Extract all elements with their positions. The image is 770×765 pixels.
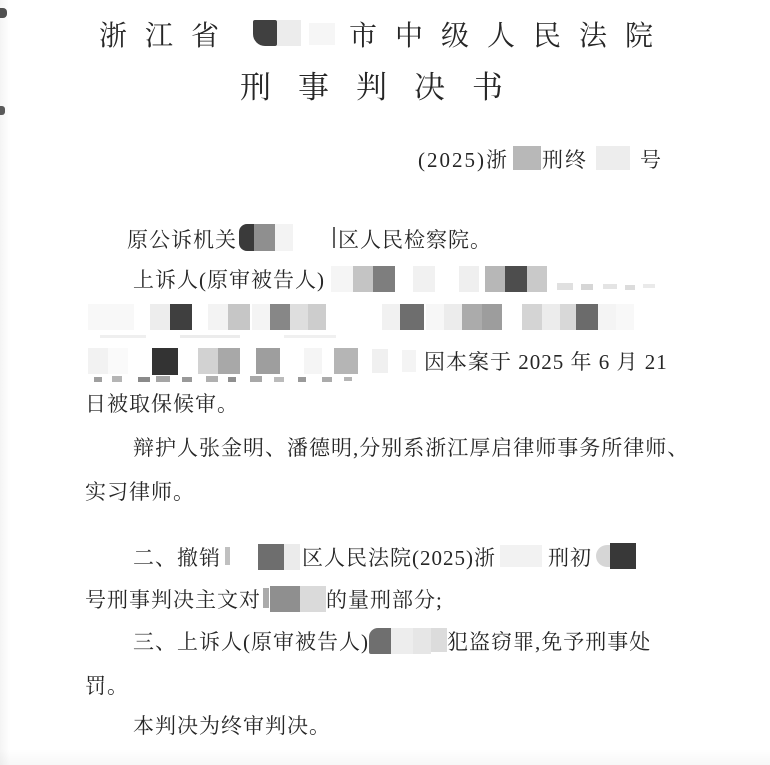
char-remnant — [263, 588, 269, 608]
redaction-name — [353, 266, 373, 292]
redaction-name-light — [300, 586, 326, 612]
case-number-line: (2025)浙刑终号 — [418, 144, 663, 174]
blur-remnant — [274, 377, 284, 382]
redaction — [108, 348, 128, 374]
blur-remnant — [250, 376, 262, 382]
redaction — [334, 348, 358, 374]
bracket-remnant — [333, 227, 335, 248]
item3-label: 三、上诉人(原审被告人) — [133, 626, 369, 656]
redaction — [382, 304, 400, 330]
redaction — [598, 304, 616, 330]
defender-text: 辩护人张金明、潘德明,分别系浙江厚启律师事务所律师、 — [133, 432, 689, 462]
redaction — [462, 304, 482, 330]
blur-remnant — [557, 283, 573, 290]
redaction-city-faint — [309, 23, 335, 45]
court-name-prefix: 浙江省 — [99, 14, 237, 54]
redaction — [170, 304, 192, 330]
redaction-name — [413, 266, 435, 292]
redaction-district-dark — [239, 224, 254, 251]
redaction-name-dark — [369, 628, 391, 654]
blur-remnant — [603, 284, 617, 289]
edge-speck-mid — [0, 106, 5, 115]
court-name-suffix: 市中级人民法院 — [349, 14, 671, 54]
redaction-district — [258, 544, 284, 570]
redaction-caseno-pill — [596, 545, 610, 567]
final-judgment-text: 本判决为终审判决。 — [133, 710, 331, 740]
redacted-line-2-remnant — [94, 374, 352, 384]
defender-line-1: 辩护人张金明、潘德明,分别系浙江厚启律师事务所律师、 — [133, 432, 689, 462]
redaction-name — [331, 266, 353, 292]
blur-remnant — [206, 376, 218, 382]
bail-text: 日被取保候审。 — [85, 388, 239, 418]
redaction — [198, 348, 218, 374]
case-no-suffix: 号 — [640, 144, 663, 174]
blur-remnant — [344, 377, 352, 381]
blur-remnant — [284, 335, 336, 338]
blur-remnant — [100, 335, 146, 338]
redaction — [402, 350, 416, 372]
redaction-district-gray — [254, 224, 275, 251]
redaction-case-light — [596, 146, 630, 170]
redaction — [482, 304, 502, 330]
redaction — [426, 304, 444, 330]
bail-date-text: 因本案于 2025 年 6 月 21 — [424, 346, 668, 376]
item2-prefix: 二、撤销 — [133, 542, 221, 572]
redaction-city-dark — [253, 20, 277, 46]
blur-remnant — [180, 335, 240, 338]
final-judgment-line: 本判决为终审判决。 — [133, 710, 331, 740]
judgment-document-page: 浙江省市中级人民法院刑事判决书(2025)浙刑终号原公诉机关区人民检察院。上诉人… — [0, 0, 770, 765]
redaction — [444, 304, 462, 330]
blur-remnant — [138, 377, 150, 382]
redaction — [542, 304, 560, 330]
redaction-district-light — [275, 224, 293, 251]
redaction — [576, 304, 598, 330]
redaction-name — [413, 628, 431, 654]
appellant-line: 上诉人(原审被告人) — [133, 264, 655, 294]
item2-court: 区人民法院(2025)浙 — [302, 542, 496, 572]
redaction — [88, 348, 108, 374]
redaction-case-gray — [513, 146, 541, 170]
redaction — [208, 304, 228, 330]
blur-remnant — [643, 284, 655, 288]
item2-line2-prefix: 号刑事判决主文对 — [85, 584, 261, 614]
item2-line2-suffix: 的量刑部分; — [326, 584, 443, 614]
redacted-line-1-remnant — [100, 334, 336, 339]
redaction — [218, 348, 240, 374]
blur-remnant — [322, 377, 332, 382]
ruling-item3-line-2: 罚。 — [85, 670, 129, 700]
redaction — [372, 349, 388, 373]
redaction — [304, 348, 322, 374]
blur-remnant — [625, 285, 635, 290]
redaction-name — [391, 628, 413, 654]
redaction — [400, 304, 424, 330]
redaction — [256, 348, 280, 374]
redaction-caseno-dark — [610, 543, 636, 569]
item3-verdict: 犯盗窃罪,免予刑事处 — [447, 626, 651, 656]
redaction-district-light — [284, 544, 300, 570]
redaction-case-gap — [500, 545, 542, 567]
item2-xingchu: 刑初 — [548, 542, 592, 572]
appellant-label: 上诉人(原审被告人) — [133, 264, 325, 294]
prosecution-suffix: 区人民检察院。 — [338, 224, 492, 254]
redaction-city-light — [277, 20, 301, 46]
item3-line2: 罚。 — [85, 670, 129, 700]
redaction — [88, 304, 134, 330]
redaction — [522, 304, 542, 330]
redaction-name — [505, 266, 527, 292]
ruling-item3-line-1: 三、上诉人(原审被告人)犯盗窃罪,免予刑事处 — [133, 626, 651, 656]
bail-line-2: 日被取保候审。 — [85, 388, 239, 418]
scan-speck — [0, 106, 5, 115]
redaction — [560, 304, 576, 330]
blur-remnant — [298, 377, 306, 382]
redacted-line-1 — [88, 302, 634, 332]
redaction-name — [431, 628, 447, 652]
redaction-name — [373, 266, 395, 292]
redaction — [252, 304, 270, 330]
blur-remnant — [581, 284, 593, 290]
redaction — [228, 304, 250, 330]
prosecution-prefix: 原公诉机关 — [127, 224, 237, 254]
blur-remnant — [112, 376, 122, 382]
case-no-mid: 刑终 — [542, 144, 588, 174]
blur-remnant — [156, 376, 170, 382]
redaction — [616, 304, 634, 330]
doc-title: 刑事判决书 — [240, 62, 530, 107]
ruling-item2-line-1: 二、撤销区人民法院(2025)浙刑初 — [133, 542, 636, 572]
redaction-name-gray — [270, 586, 300, 612]
defender-line-2: 实习律师。 — [85, 476, 195, 506]
court-title-line: 浙江省市中级人民法院 — [0, 14, 770, 54]
redaction — [270, 304, 290, 330]
redacted-line-2: 因本案于 2025 年 6 月 21 — [88, 346, 668, 376]
blur-remnant — [182, 377, 192, 382]
char-remnant — [225, 547, 230, 565]
ruling-item2-line-2: 号刑事判决主文对的量刑部分; — [85, 584, 443, 614]
redaction-name — [459, 266, 479, 292]
doc-title-line: 刑事判决书 — [0, 62, 770, 106]
redaction — [290, 304, 308, 330]
prosecution-line: 原公诉机关区人民检察院。 — [127, 224, 492, 254]
redaction — [308, 304, 326, 330]
redaction-name — [527, 266, 547, 292]
defender-text-2: 实习律师。 — [85, 476, 195, 506]
case-no-prefix: (2025)浙 — [418, 144, 509, 174]
blur-remnant — [228, 377, 236, 382]
redaction — [150, 304, 170, 330]
blur-remnant — [94, 377, 102, 382]
redaction — [152, 348, 178, 375]
redaction-name — [485, 266, 505, 292]
